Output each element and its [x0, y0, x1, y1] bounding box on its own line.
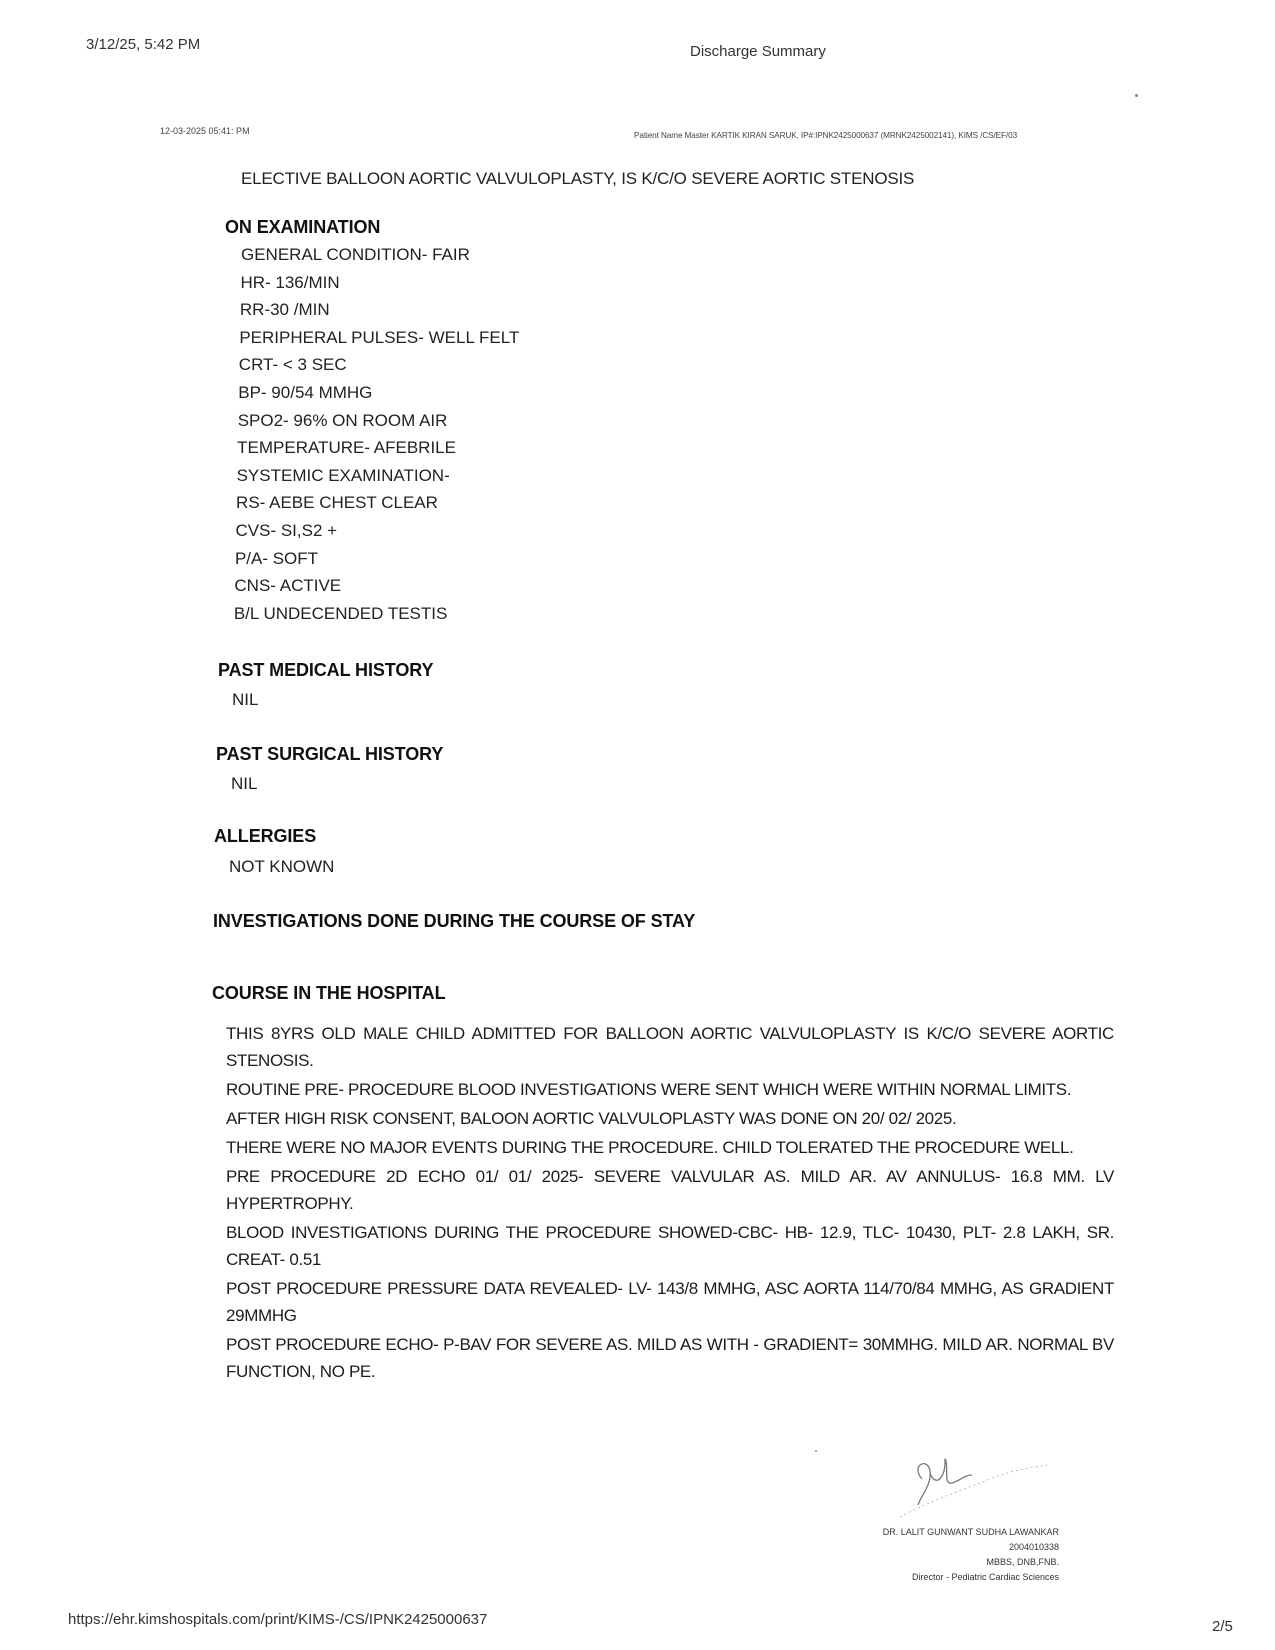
examination-item: CRT- < 3 SEC [239, 355, 347, 375]
examination-item: SPO2- 96% ON ROOM AIR [238, 411, 448, 431]
signatory-registration: 2004010338 [883, 1540, 1059, 1555]
examination-item: B/L UNDECENDED TESTIS [234, 604, 448, 624]
on-examination-heading: ON EXAMINATION [225, 217, 380, 238]
patient-info: Patient Name Master KARTIK KIRAN SARUK, … [634, 131, 1017, 140]
course-paragraph: POST PROCEDURE PRESSURE DATA REVEALED- L… [226, 1275, 1114, 1329]
examination-item: RR-30 /MIN [240, 300, 330, 320]
signatory-designation: Director - Pediatric Cardiac Sciences [883, 1570, 1059, 1585]
print-page-number: 2/5 [1212, 1618, 1233, 1635]
print-page-title: Discharge Summary [690, 43, 826, 60]
scan-speck [815, 1450, 817, 1452]
scan-speck [1135, 94, 1138, 97]
past-medical-history-heading: PAST MEDICAL HISTORY [218, 660, 433, 681]
examination-item: HR- 136/MIN [240, 273, 339, 293]
past-surgical-history-heading: PAST SURGICAL HISTORY [216, 744, 443, 765]
document-datetime: 12-03-2025 05:41: PM [160, 126, 250, 136]
print-datetime: 3/12/25, 5:42 PM [86, 36, 200, 53]
course-paragraph: AFTER HIGH RISK CONSENT, BALOON AORTIC V… [226, 1105, 1114, 1132]
examination-item: SYSTEMIC EXAMINATION- [237, 466, 450, 486]
signatory-name: DR. LALIT GUNWANT SUDHA LAWANKAR [883, 1525, 1059, 1540]
course-paragraph: ROUTINE PRE- PROCEDURE BLOOD INVESTIGATI… [226, 1076, 1114, 1103]
course-in-hospital-body: THIS 8YRS OLD MALE CHILD ADMITTED FOR BA… [226, 1020, 1114, 1387]
signatory-block: DR. LALIT GUNWANT SUDHA LAWANKAR 2004010… [883, 1525, 1059, 1585]
examination-item: CVS- SI,S2 + [236, 521, 338, 541]
examination-item: RS- AEBE CHEST CLEAR [236, 493, 438, 513]
course-paragraph: THERE WERE NO MAJOR EVENTS DURING THE PR… [226, 1134, 1114, 1161]
diagnosis-line: ELECTIVE BALLOON AORTIC VALVULOPLASTY, I… [241, 169, 914, 189]
allergies-heading: ALLERGIES [214, 826, 316, 847]
investigations-heading: INVESTIGATIONS DONE DURING THE COURSE OF… [213, 911, 695, 932]
course-in-hospital-heading: COURSE IN THE HOSPITAL [212, 983, 445, 1004]
examination-item: PERIPHERAL PULSES- WELL FELT [239, 328, 519, 348]
examination-item: TEMPERATURE- AFEBRILE [237, 438, 456, 458]
examination-item: GENERAL CONDITION- FAIR [241, 245, 470, 265]
course-paragraph: POST PROCEDURE ECHO- P-BAV FOR SEVERE AS… [226, 1331, 1114, 1385]
signatory-qualifications: MBBS, DNB,FNB. [883, 1555, 1059, 1570]
course-paragraph: BLOOD INVESTIGATIONS DURING THE PROCEDUR… [226, 1219, 1114, 1273]
past-medical-history-value: NIL [232, 690, 258, 710]
examination-item: CNS- ACTIVE [234, 576, 341, 596]
past-surgical-history-value: NIL [231, 774, 257, 794]
allergies-value: NOT KNOWN [229, 857, 334, 877]
course-paragraph: THIS 8YRS OLD MALE CHILD ADMITTED FOR BA… [226, 1020, 1114, 1074]
course-paragraph: PRE PROCEDURE 2D ECHO 01/ 01/ 2025- SEVE… [226, 1163, 1114, 1217]
doctor-signature [880, 1435, 1060, 1525]
examination-item: BP- 90/54 MMHG [238, 383, 372, 403]
examination-item: P/A- SOFT [235, 549, 318, 569]
print-url: https://ehr.kimshospitals.com/print/KIMS… [68, 1611, 487, 1628]
